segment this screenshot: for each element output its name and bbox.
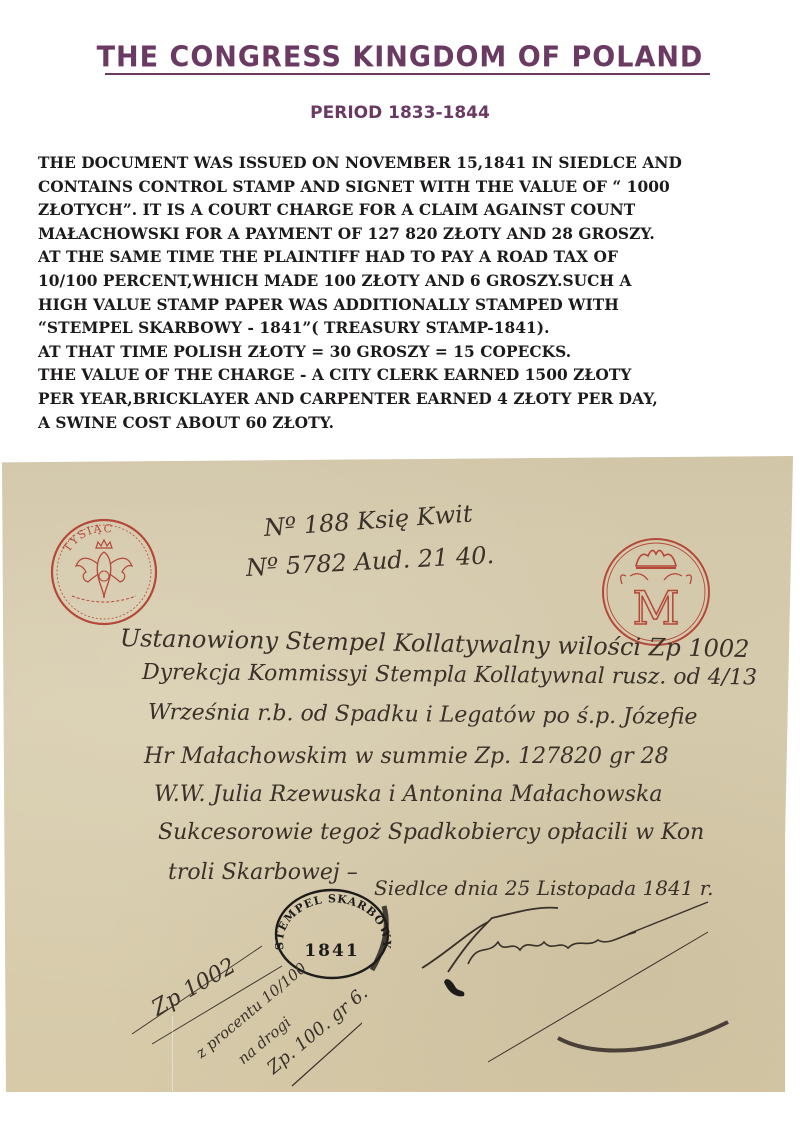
description-line: THE DOCUMENT WAS ISSUED ON NOVEMBER 15,1… — [38, 152, 778, 176]
description-line: 10/100 PERCENT,WHICH MADE 100 ZŁOTY AND … — [38, 270, 778, 294]
description-line: CONTAINS CONTROL STAMP AND SIGNET WITH T… — [38, 176, 778, 200]
body-handwriting-line: troli Skarbowej – — [168, 860, 358, 885]
svg-text:TYSIĄC: TYSIĄC — [61, 522, 115, 555]
description-line: AT THAT TIME POLISH ZŁOTY = 30 GROSZY = … — [38, 341, 778, 365]
period-subtitle: PERIOD 1833-1844 — [0, 103, 800, 123]
description-line: ZŁOTYCH”. IT IS A COURT CHARGE FOR A CLA… — [38, 199, 778, 223]
title-underline — [105, 73, 710, 75]
reference-number-line-2: Nº 5782 Aud. 21 40. — [245, 541, 495, 582]
control-stamp-eagle-icon: TYSIĄC — [48, 516, 160, 628]
margin-rules — [102, 926, 362, 1096]
body-handwriting-line: W.W. Julia Rzewuska i Antonina Małachows… — [154, 782, 662, 807]
description-line: HIGH VALUE STAMP PAPER WAS ADDITIONALLY … — [38, 294, 778, 318]
signet-letter: M — [632, 581, 679, 635]
description-line: THE VALUE OF THE CHARGE - A CITY CLERK E… — [38, 364, 778, 388]
stamp-paper-document: TYSIĄC M STEMPEL SKARBOWY 1841 Nº 188 Ks… — [2, 456, 797, 1092]
page-title: THE CONGRESS KINGDOM OF POLAND — [0, 41, 800, 74]
description-line: AT THE SAME TIME THE PLAINTIFF HAD TO PA… — [38, 246, 778, 270]
description-line: MAŁACHOWSKI FOR A PAYMENT OF 127 820 ZŁO… — [38, 223, 778, 247]
body-handwriting-line: Sukcesorowie tegoż Spadkobiercy opłacili… — [158, 820, 704, 845]
description: THE DOCUMENT WAS ISSUED ON NOVEMBER 15,1… — [38, 152, 778, 435]
body-handwriting-line: Hr Małachowskim w summie Zp. 127820 gr 2… — [144, 744, 669, 769]
reference-number-line-1: Nº 188 Księ Kwit — [263, 499, 473, 542]
description-line: A SWINE COST ABOUT 60 ZŁOTY. — [38, 412, 778, 436]
body-handwriting-line: Września r.b. od Spadku i Legatów po ś.p… — [148, 700, 698, 730]
control-stamp-text: TYSIĄC — [61, 522, 115, 555]
signature-icon — [408, 892, 738, 1072]
body-handwriting-line: Dyrekcja Kommissyi Stempla Kollatywnal r… — [142, 660, 757, 690]
signet-crowned-m-icon: M — [600, 536, 712, 648]
description-line: PER YEAR,BRICKLAYER AND CARPENTER EARNED… — [38, 388, 778, 412]
description-line: “STEMPEL SKARBOWY - 1841”( TREASURY STAM… — [38, 317, 778, 341]
